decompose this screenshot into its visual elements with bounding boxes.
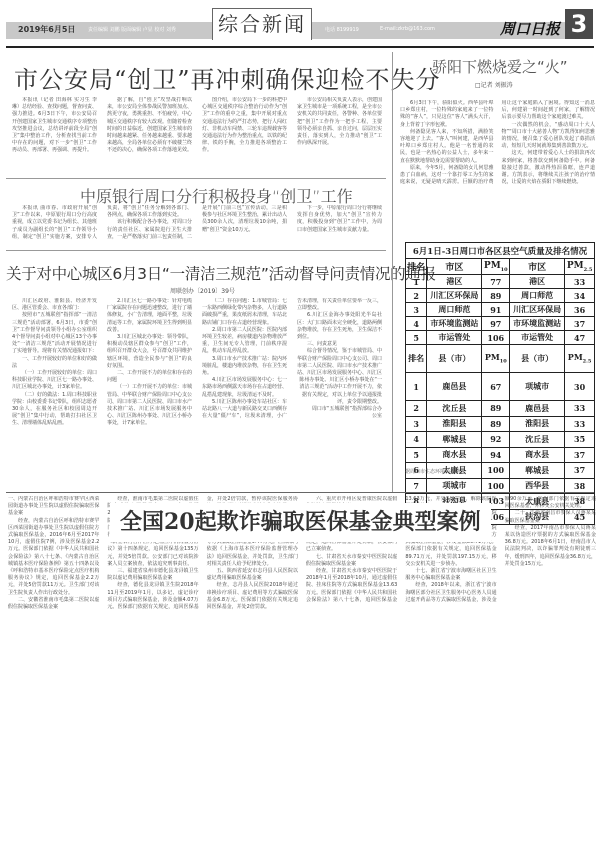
article2-body: 6月3日下午，骄阳似火。西华县叶埠口乡郑庄村，一位特殊的家庭来了一位特殊的“客人… — [400, 100, 595, 230]
table-source: 据周口市生态环境局提供 — [405, 468, 460, 475]
article1-title: 市公安局“创卫”再冲刺确保迎检不失分 — [14, 60, 441, 95]
table-row: 2沈丘县89鹿邑县33 — [406, 401, 595, 417]
article3-body: 本报讯 曲市春、市政府开展“创卫”工作以来，中原银行周口分行高度重视，成立以党委… — [12, 205, 382, 247]
hotline: 电话 8199919 — [325, 26, 359, 33]
table-title: 6月1日-3日周口市各区县空气质量及排名情况 — [406, 243, 595, 259]
article4-doc-number: 周联创办〔2019〕39号 — [170, 286, 235, 295]
article4-body: 川汇区政府、淮阳县、经济开发区、港区管委会、市直各部门： 按照市“五城联创”指挥… — [12, 298, 382, 478]
table-row: 4郸城县92沈丘县35 — [406, 432, 595, 448]
divider — [6, 492, 594, 493]
table-row: 2川汇区环保局89周口师范34 — [406, 289, 595, 303]
divider — [6, 250, 386, 251]
article4-title: 关于对中心城区6月3日“一清洁三规范”活动督导问责情况的通报 — [6, 262, 436, 284]
masthead-rule — [6, 46, 594, 48]
article2-byline: □记者 刘振涛 — [475, 80, 513, 89]
article5-body: 一、内蒙古自治区呼和浩特市赛罕区西菜园街道办事处卫生院以虚假住院骗取医保基金案 … — [8, 496, 596, 844]
divider — [6, 178, 386, 179]
column-divider — [392, 52, 393, 492]
page-number: 3 — [565, 9, 593, 39]
paper-logo: 周口日报 — [500, 18, 560, 39]
table-row: 5商水县94商水县37 — [406, 447, 595, 463]
table-row: 4市环境监测站97市环境监测站37 — [406, 317, 595, 331]
article2-title: 骄阳下燃烧爱之“火” — [432, 56, 568, 77]
masthead: 2019年6月5日 责任编辑 刘鹏 版面编辑 卢显 校对 刘秀 综合新闻 电话 … — [0, 0, 600, 48]
issue-date: 2019年6月5日 — [18, 24, 75, 35]
article5-title: 全国20起欺诈骗取医保基金典型案例 — [110, 503, 491, 542]
section-title: 综合新闻 — [212, 8, 312, 40]
email: E-mail:zkrb@163.com — [380, 26, 435, 32]
table-header-urban: 排名 市区 PM10 市区 PM2.5 — [406, 259, 595, 275]
table-header-county: 排名 县（市） PM10 县（市） PM2.5 — [406, 345, 595, 373]
table-row: 5市运管处106市运管处47 — [406, 331, 595, 345]
table-row: 1鹿邑县67项城市30 — [406, 373, 595, 401]
table-row: 1港区77港区33 — [406, 275, 595, 289]
editors-credit: 责任编辑 刘鹏 版面编辑 卢显 校对 刘秀 — [88, 26, 176, 33]
article3-title: 中原银行周口分行积极投身“创卫”工作 — [80, 184, 353, 207]
table-row: 3周口师范91川汇区环保局36 — [406, 303, 595, 317]
air-quality-table: 6月1日-3日周口市各区县空气质量及排名情况 排名 市区 PM10 市区 PM2… — [405, 242, 595, 525]
table-row: 3淮阳县89淮阳县33 — [406, 416, 595, 432]
article1-body: 本报讯（记者 田海林 实习生 李琳）总结经验、查找问题，督查问责、强力推进。6月… — [12, 97, 382, 177]
